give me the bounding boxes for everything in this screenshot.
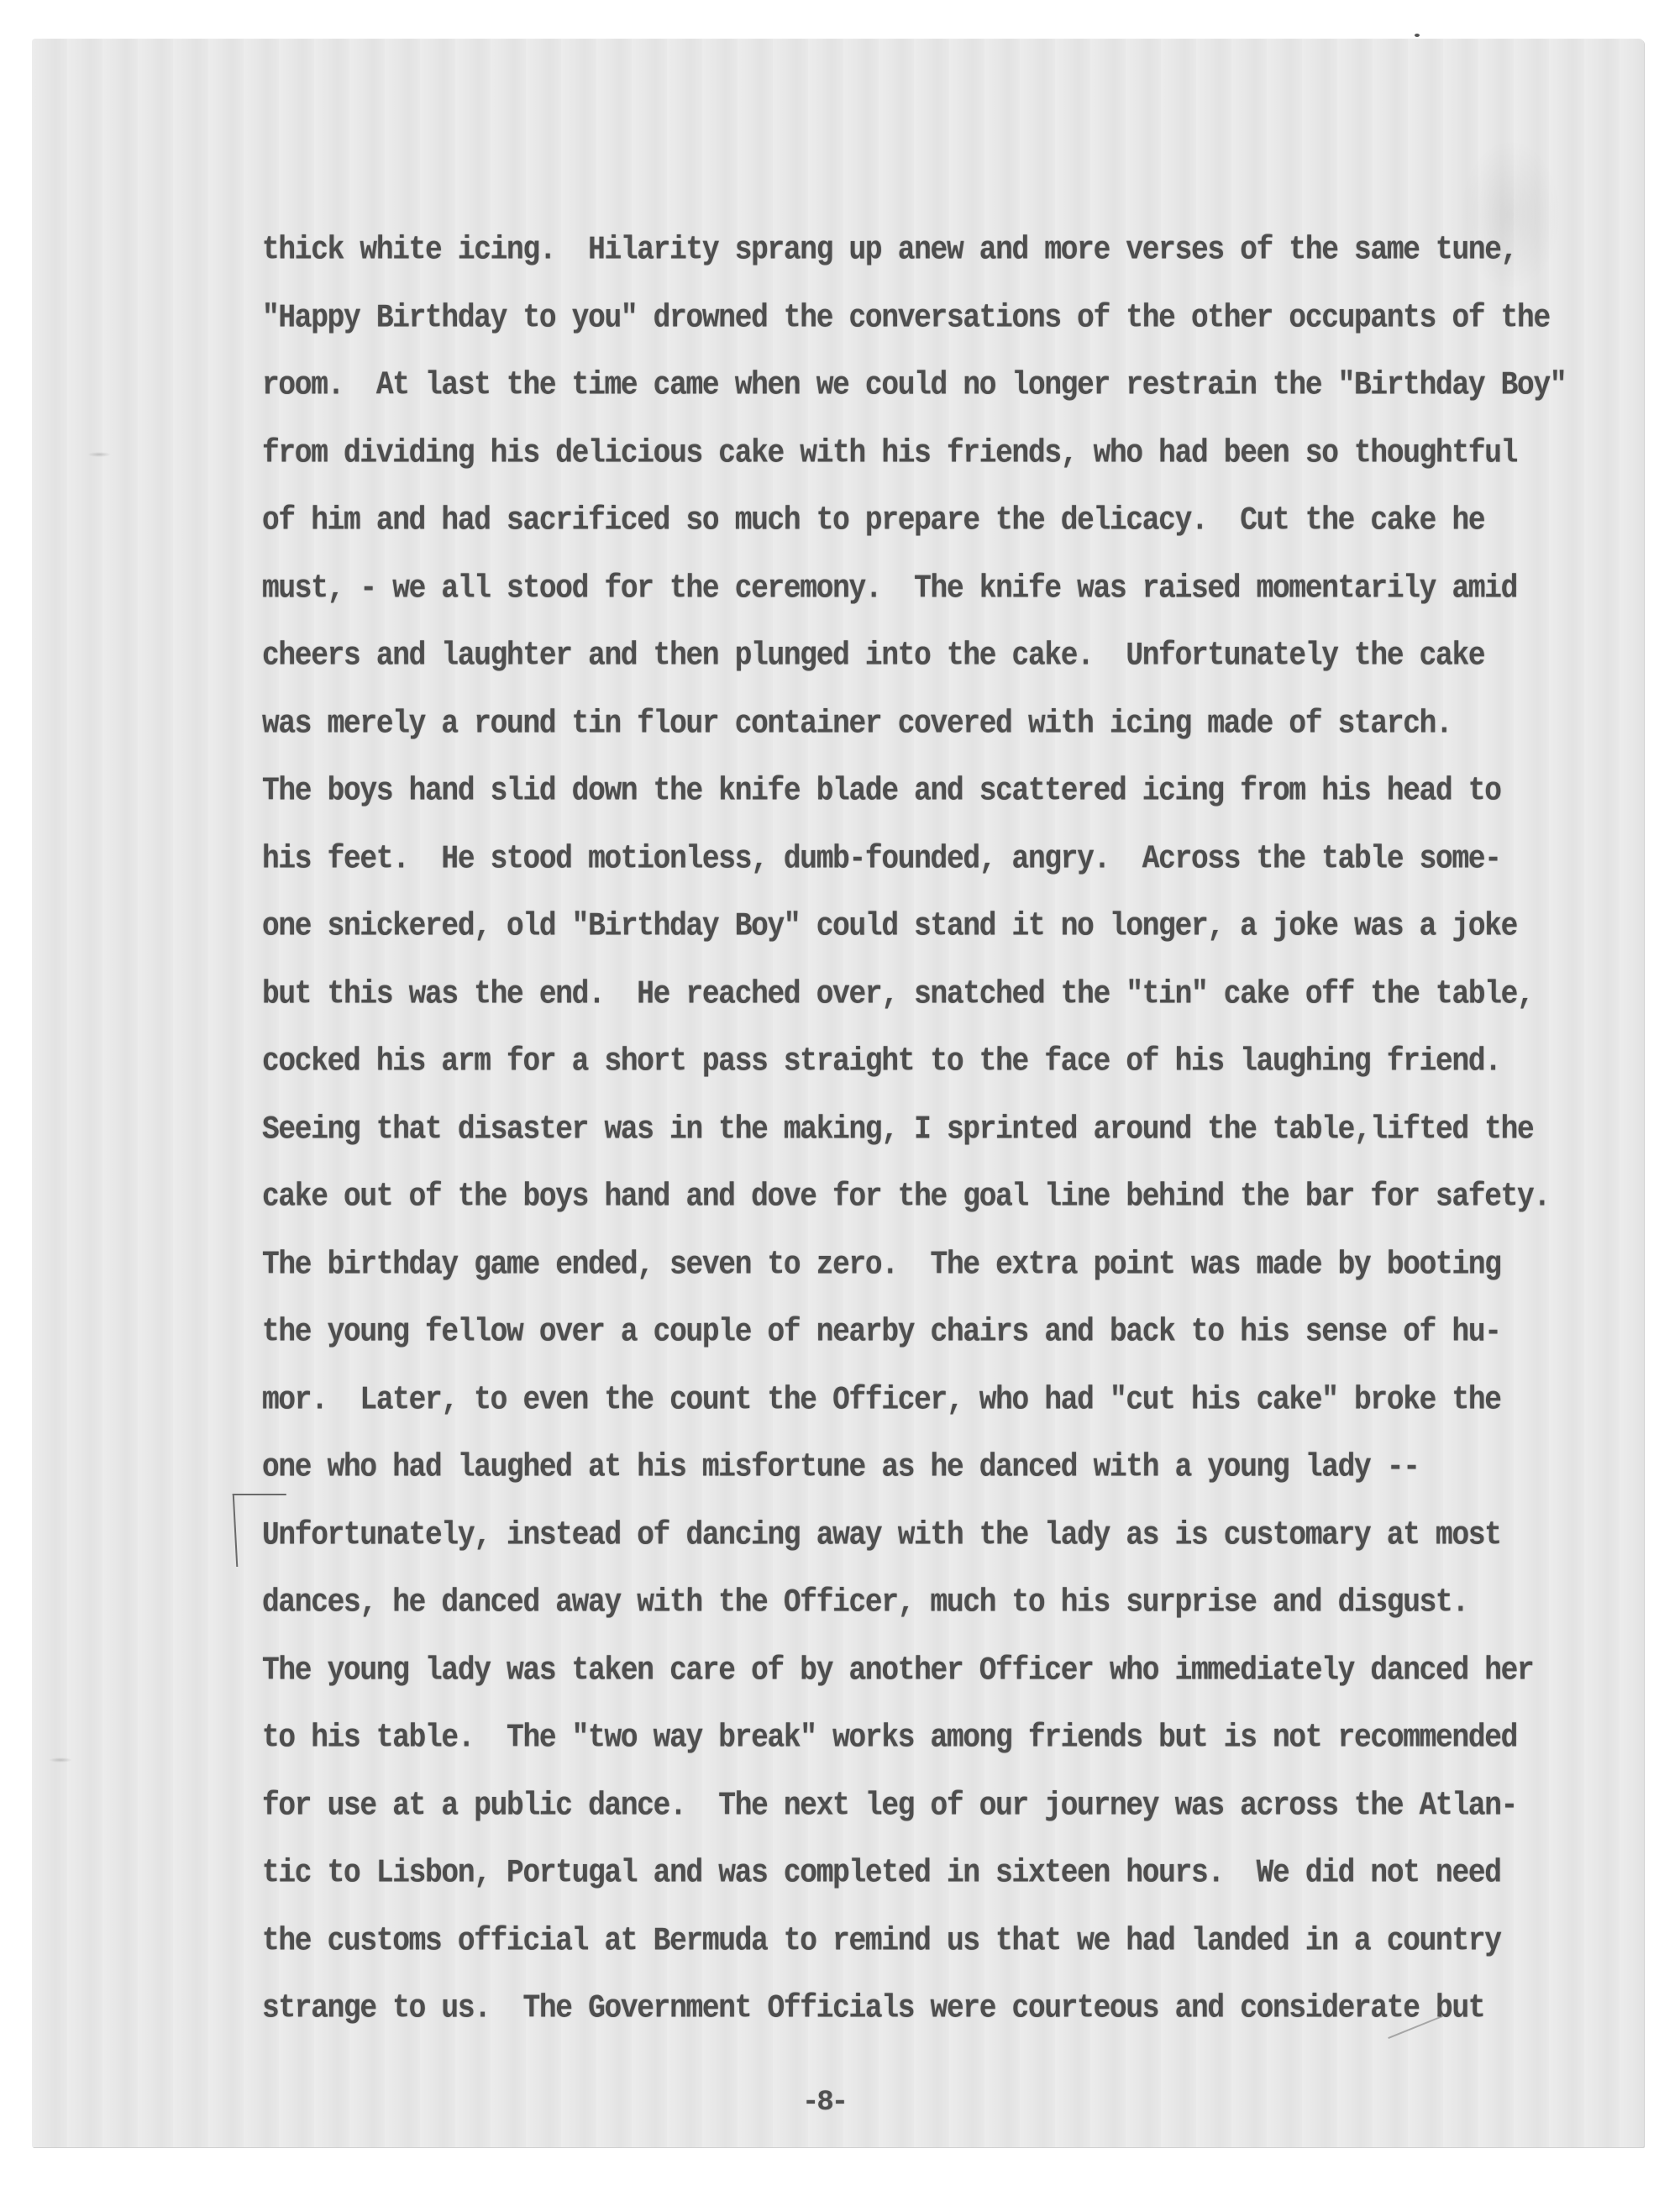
text-line: one who had laughed at his misfortune as… (262, 1440, 1623, 1516)
text-line: cake out of the boys hand and dove for t… (262, 1169, 1623, 1245)
margin-mark (49, 1757, 72, 1763)
text-line: Unfortunately, instead of dancing away w… (262, 1508, 1623, 1584)
page-number: -8- (802, 2087, 846, 2119)
text-line: the customs official at Bermuda to remin… (262, 1914, 1623, 1989)
text-line: thick white icing. Hilarity sprang up an… (262, 223, 1623, 298)
text-line: from dividing his delicious cake with hi… (262, 426, 1623, 502)
text-line: one snickered, old "Birthday Boy" could … (262, 899, 1623, 975)
text-line: mor. Later, to even the count the Office… (262, 1373, 1623, 1448)
text-line: was merely a round tin flour container c… (262, 696, 1623, 772)
text-line: "Happy Birthday to you" drowned the conv… (262, 291, 1623, 366)
text-line: cocked his arm for a short pass straight… (262, 1034, 1623, 1110)
text-line: the young fellow over a couple of nearby… (262, 1305, 1623, 1380)
text-line: The boys hand slid down the knife blade … (262, 764, 1623, 839)
text-line: Seeing that disaster was in the making, … (262, 1102, 1623, 1178)
text-line: room. At last the time came when we coul… (262, 358, 1623, 433)
text-line: dances, he danced away with the Officer,… (262, 1575, 1623, 1651)
typewritten-body-text: thick white icing. Hilarity sprang up an… (262, 227, 1623, 2053)
scan-speck (1415, 34, 1420, 37)
text-line: of him and had sacrificed so much to pre… (262, 493, 1623, 569)
text-line: for use at a public dance. The next leg … (262, 1778, 1623, 1854)
text-line: but this was the end. He reached over, s… (262, 967, 1623, 1043)
margin-mark (87, 452, 111, 457)
text-line: his feet. He stood motionless, dumb-foun… (262, 832, 1623, 907)
text-line: The birthday game ended, seven to zero. … (262, 1237, 1623, 1313)
text-line: The young lady was taken care of by anot… (262, 1643, 1623, 1719)
text-line: strange to us. The Government Officials … (262, 1981, 1623, 2057)
text-line: to his table. The "two way break" works … (262, 1710, 1623, 1786)
text-line: cheers and laughter and then plunged int… (262, 628, 1623, 704)
text-line: tic to Lisbon, Portugal and was complete… (262, 1846, 1623, 1921)
text-line: must, - we all stood for the ceremony. T… (262, 561, 1623, 637)
